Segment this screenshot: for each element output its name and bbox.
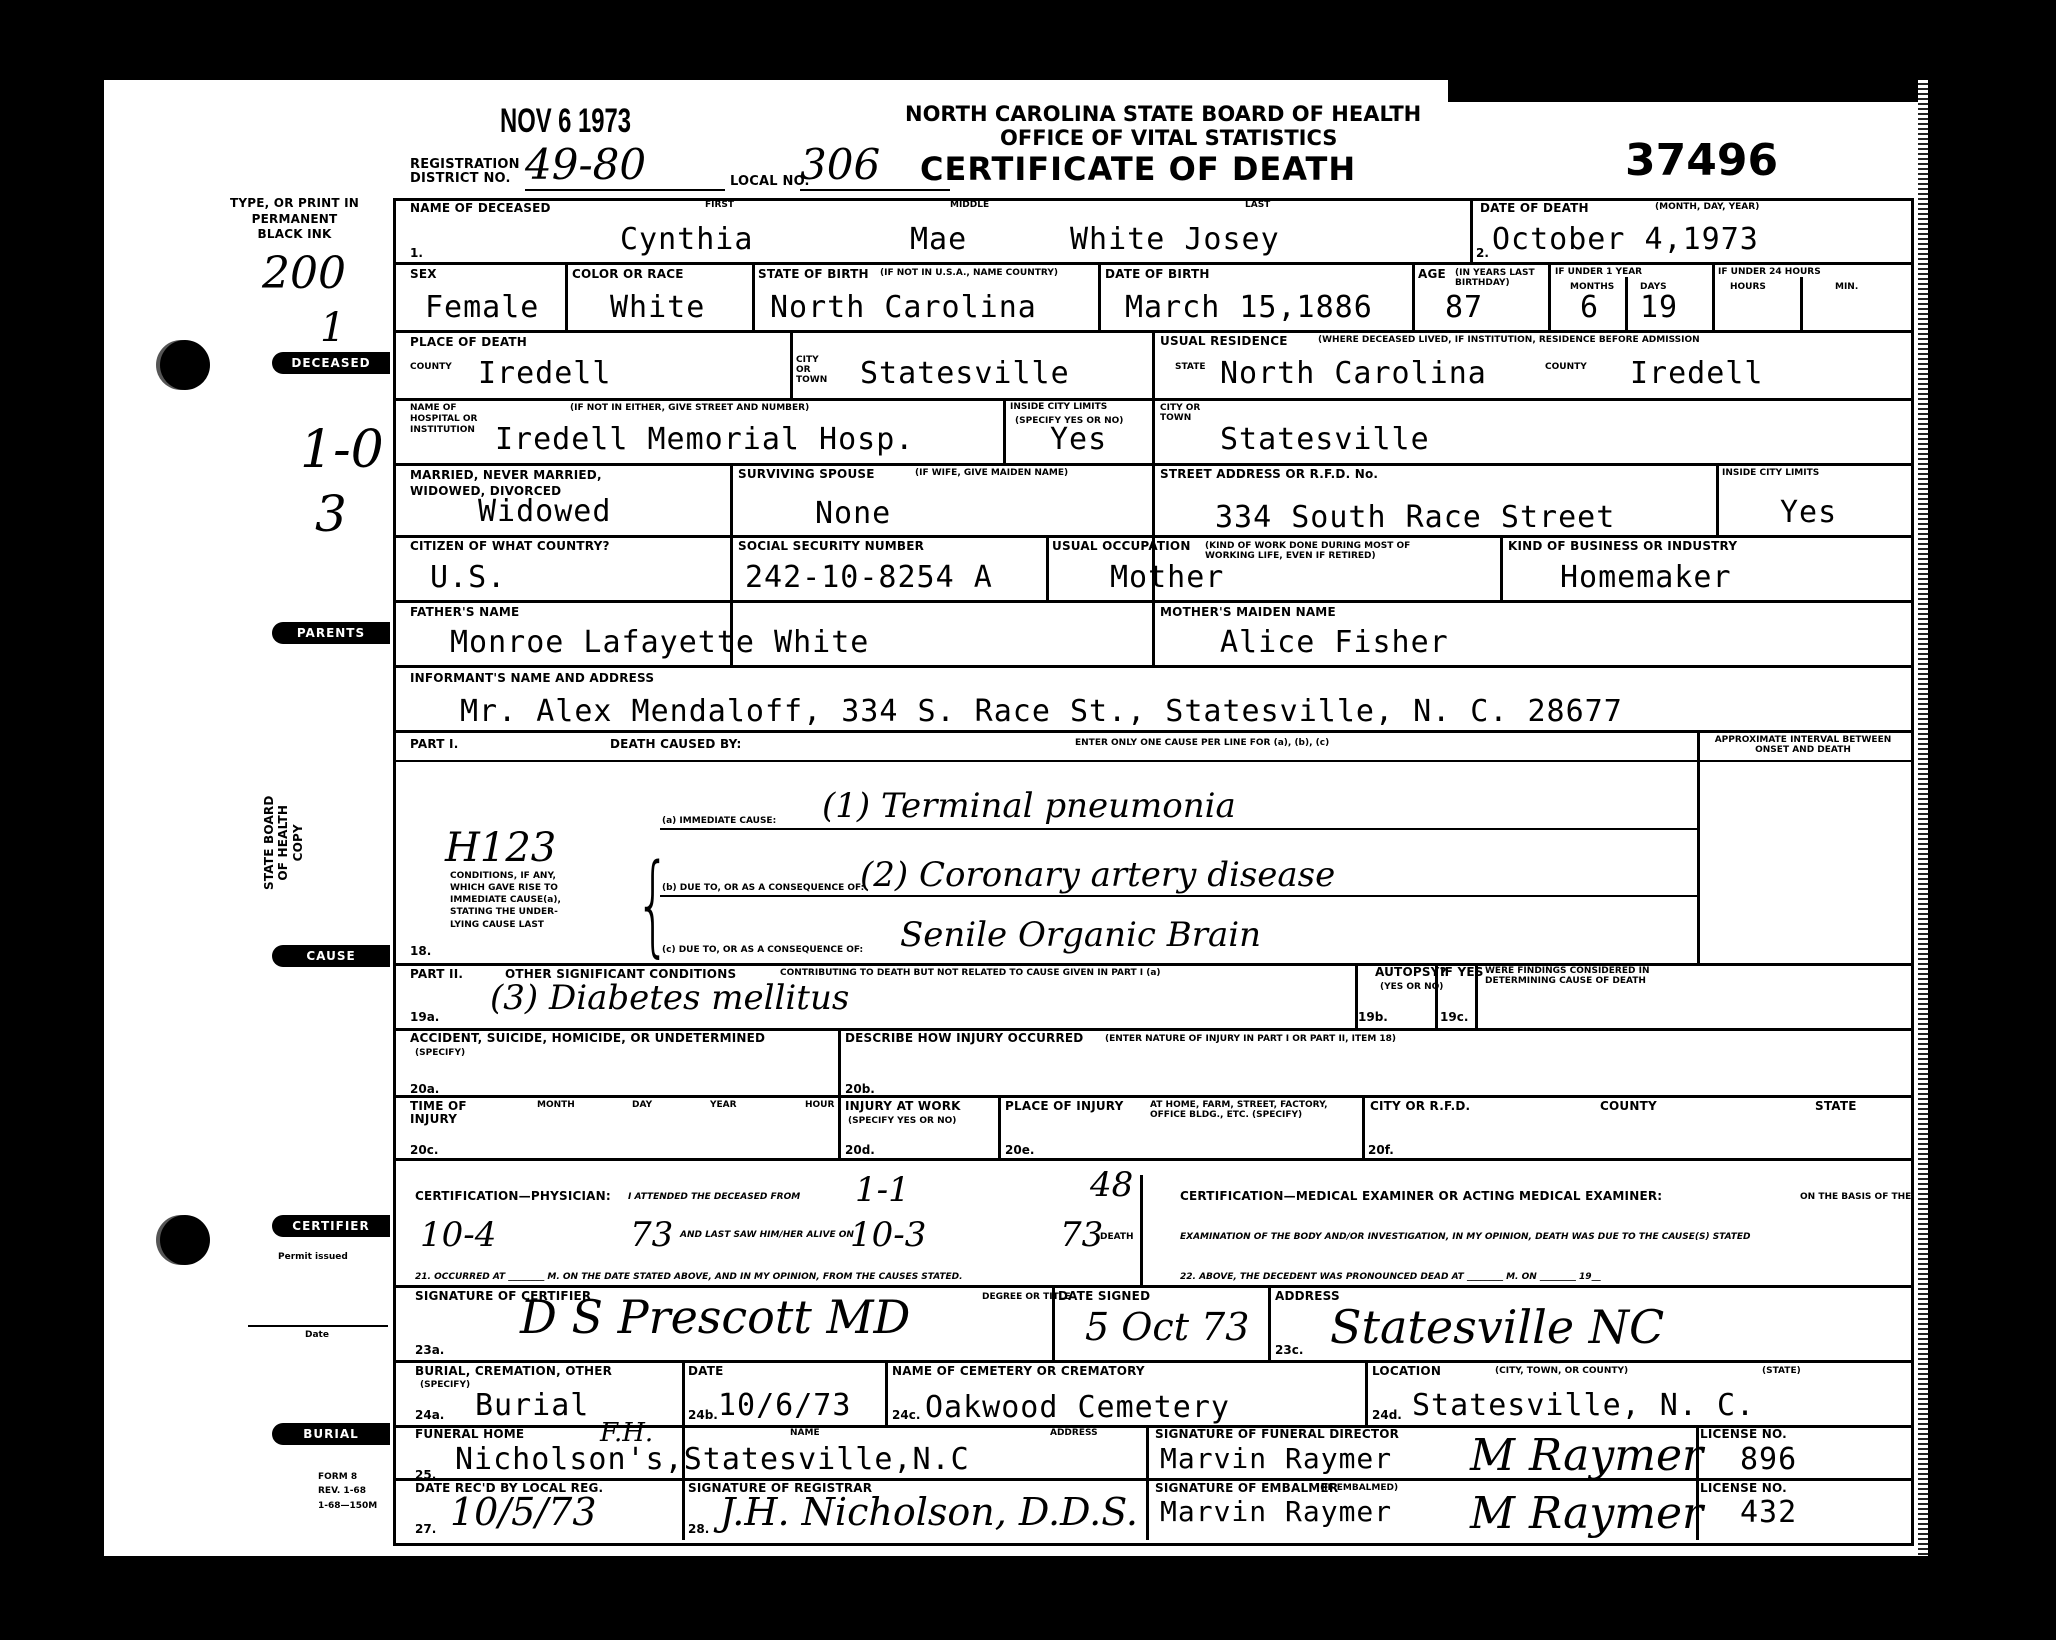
social-security-number: 242-10-8254 A: [745, 560, 993, 595]
months: 6: [1580, 290, 1599, 325]
registration-label: REGISTRATION DISTRICT NO.: [410, 158, 530, 185]
burial-date: 10/6/73: [718, 1388, 851, 1423]
middle-name: Mae: [910, 222, 967, 257]
residence-inside-city: Yes: [1780, 495, 1837, 530]
agency-line2: OFFICE OF VITAL STATISTICS: [1000, 126, 1337, 150]
occupation: Mother: [1110, 560, 1224, 595]
page-title: CERTIFICATE OF DEATH: [920, 150, 1356, 188]
race: White: [610, 290, 705, 325]
certificate-number: 37496: [1625, 135, 1778, 186]
form-info: FORM 8 REV. 1-68 1-68—150M: [318, 1470, 377, 1513]
date-received: 10/5/73: [450, 1490, 597, 1534]
funeral-home: Nicholson's,Statesville,N.C: [455, 1442, 970, 1477]
state-copy-label: STATE BOARD OF HEALTH COPY: [262, 795, 305, 890]
ink-instruction: TYPE, OR PRINT IN PERMANENT BLACK INK: [230, 196, 359, 243]
scan-border: [1448, 80, 1926, 102]
age: 87: [1445, 290, 1483, 325]
cemetery: Oakwood Cemetery: [925, 1390, 1230, 1425]
cause-code: H123: [445, 825, 556, 871]
registration-district-no: 49-80: [525, 140, 725, 191]
cause-c: Senile Organic Brain: [900, 915, 1261, 955]
section-tab-cause: CAUSE: [272, 945, 390, 967]
punch-hole-icon: [160, 1215, 210, 1265]
section-tab-certifier: CERTIFIER: [272, 1215, 390, 1237]
margin-code: 1: [320, 305, 345, 351]
punch-hole-icon: [160, 340, 210, 390]
section-tab-parents: PARENTS: [272, 622, 390, 644]
funeral-director: Marvin Raymer: [1160, 1442, 1392, 1475]
date-signed: 5 Oct 73: [1085, 1305, 1249, 1349]
informant: Mr. Alex Mendaloff, 334 S. Race St., Sta…: [460, 694, 1623, 729]
certifier-address: Statesville NC: [1330, 1300, 1664, 1354]
residence-state: North Carolina: [1220, 356, 1487, 391]
residence-city: Statesville: [1220, 422, 1430, 457]
residence-county: Iredell: [1630, 356, 1763, 391]
director-license: 896: [1740, 1442, 1797, 1477]
cause-b: (2) Coronary artery disease: [860, 855, 1335, 895]
inside-city-limits: Yes: [1050, 422, 1107, 457]
last-name: White Josey: [1070, 222, 1280, 257]
local-no-label: LOCAL NO.: [730, 175, 810, 189]
agency-line1: NORTH CAROLINA STATE BOARD OF HEALTH: [905, 102, 1421, 126]
surviving-spouse: None: [815, 496, 891, 531]
attended-from-year: 48: [1090, 1165, 1133, 1205]
embalmer: Marvin Raymer: [1160, 1495, 1392, 1528]
date-label: Date: [305, 1330, 329, 1340]
attended-from: 1-1: [855, 1170, 910, 1210]
place-city: Statesville: [860, 356, 1070, 391]
date-of-birth: March 15,1886: [1125, 290, 1373, 325]
sex: Female: [425, 290, 539, 325]
disposition: Burial: [475, 1388, 589, 1423]
citizenship: U.S.: [430, 560, 506, 595]
attended-to: 10-4: [420, 1215, 496, 1255]
burial-location: Statesville, N. C.: [1412, 1388, 1755, 1423]
embalmer-license: 432: [1740, 1495, 1797, 1530]
residence-street: 334 South Race Street: [1215, 500, 1615, 535]
conditions-note: CONDITIONS, IF ANY, WHICH GAVE RISE TO I…: [450, 870, 561, 931]
section-tab-deceased: DECEASED: [272, 352, 390, 374]
margin-code: 1-0: [300, 420, 384, 480]
first-name: Cynthia: [620, 222, 753, 257]
days: 19: [1640, 290, 1678, 325]
marital-status: Widowed: [478, 494, 611, 529]
section-tab-burial: BURIAL: [272, 1423, 390, 1445]
margin-code: 3: [315, 485, 347, 543]
date-of-death: October 4,1973: [1492, 222, 1759, 257]
director-signature: M Raymer: [1470, 1430, 1703, 1481]
embalmer-signature: M Raymer: [1470, 1488, 1703, 1539]
immediate-cause: (1) Terminal pneumonia: [822, 786, 1236, 826]
certifier-signature: D S Prescott MD: [520, 1290, 910, 1344]
father-name: Monroe Lafayette White: [450, 625, 869, 660]
name-label: NAME OF DECEASED: [410, 202, 551, 215]
state-of-birth: North Carolina: [770, 290, 1037, 325]
last-saw-year: 73: [1060, 1215, 1103, 1255]
industry: Homemaker: [1560, 560, 1732, 595]
received-stamp: NOV 6 1973: [500, 102, 631, 141]
mother-maiden-name: Alice Fisher: [1220, 625, 1449, 660]
other-conditions: (3) Diabetes mellitus: [490, 978, 849, 1018]
margin-code: 200: [262, 248, 346, 299]
attended-to-year: 73: [630, 1215, 673, 1255]
permit-issued-label: Permit issued: [278, 1252, 348, 1262]
registrar-signature: J.H. Nicholson, D.D.S.: [720, 1490, 1138, 1534]
paper-edge: [1918, 80, 1928, 1556]
hospital: Iredell Memorial Hosp.: [495, 422, 914, 457]
place-county: Iredell: [478, 356, 611, 391]
last-saw-alive: 10-3: [850, 1215, 926, 1255]
